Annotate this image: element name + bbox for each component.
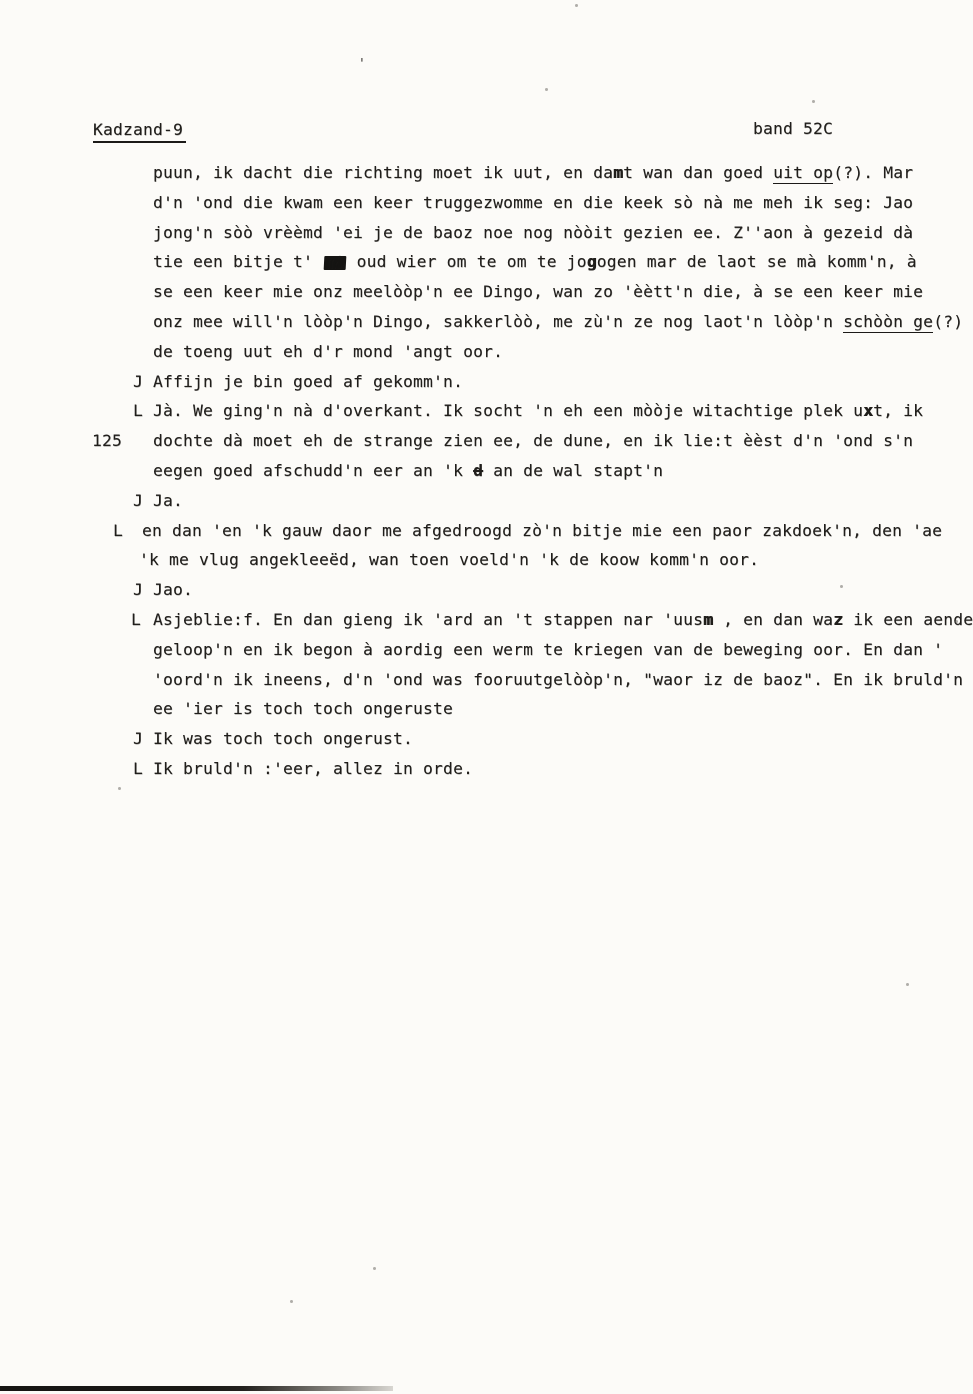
transcript-line: 125dochte dà moet eh de strange zien ee,… (0, 431, 973, 461)
stray-apostrophe-mark: ' (358, 57, 366, 72)
paper-speck (373, 1267, 376, 1270)
line-text: en dan 'en 'k gauw daor me afgedroogd zò… (142, 521, 942, 540)
obliterated-word: m& (324, 256, 346, 270)
paper-speck (118, 787, 121, 790)
paper-speck (955, 620, 958, 623)
transcript-line: JJa. (0, 491, 973, 521)
paper-speck (290, 1300, 293, 1303)
transcript-line: de toeng uut eh d'r mond 'angt oor. (0, 342, 973, 372)
line-text: d'n 'ond die kwam een keer truggezwomme … (153, 193, 913, 212)
transcript-line: Len dan 'en 'k gauw daor me afgedroogd z… (0, 521, 973, 551)
speaker-label: L (113, 521, 123, 540)
paper-speck (575, 4, 578, 7)
line-text: 'k me vlug angekleeëd, wan toen voeld'n … (139, 550, 759, 569)
transcript-line: 'oord'n ik ineens, d'n 'ond was fooruutg… (0, 670, 973, 700)
line-text: se een keer mie onz meelòòp'n ee Dingo, … (153, 282, 923, 301)
line-text: eegen goed afschudd'n eer an 'k d an de … (153, 461, 663, 480)
transcript-line: d'n 'ond die kwam een keer truggezwomme … (0, 193, 973, 223)
transcript-line: onz mee will'n lòòp'n Dingo, sakkerlòò, … (0, 312, 973, 342)
paper-speck (812, 100, 815, 103)
speaker-label: J (133, 372, 143, 391)
line-text: ee 'ier is toch toch ongeruste (153, 699, 453, 718)
transcript-line: se een keer mie onz meelòòp'n ee Dingo, … (0, 282, 973, 312)
speaker-label: L (133, 401, 143, 420)
transcript-line: ee 'ier is toch toch ongeruste (0, 699, 973, 729)
transcript-line: JJao. (0, 580, 973, 610)
line-text: Ik bruld'n :'eer, allez in orde. (153, 759, 473, 778)
transcript-line: 'k me vlug angekleeëd, wan toen voeld'n … (0, 550, 973, 580)
speaker-label: J (133, 729, 143, 748)
line-text: jong'n sòò vrèèmd 'ei je de baoz noe nog… (153, 223, 913, 242)
paper-speck (840, 585, 843, 588)
transcript-line: puun, ik dacht die richting moet ik uut,… (0, 163, 973, 193)
transcript-line: LIk bruld'n :'eer, allez in orde. (0, 759, 973, 789)
page-title: Kadzand-9 (93, 120, 186, 143)
transcript-line: jong'n sòò vrèèmd 'ei je de baoz noe nog… (0, 223, 973, 253)
paper-speck (545, 88, 548, 91)
line-text: de toeng uut eh d'r mond 'angt oor. (153, 342, 503, 361)
line-text: Asjeblie:f. En dan gieng ik 'ard an 't s… (153, 610, 973, 629)
scanned-transcript-page: Kadzand-9 band 52C puun, ik dacht die ri… (0, 0, 973, 1394)
line-text: Jao. (153, 580, 193, 599)
margin-line-number: 125 (92, 431, 122, 450)
line-text: Affijn je bin goed af gekomm'n. (153, 372, 463, 391)
line-text: tie een bitje t' m& oud wier om te om te… (153, 252, 917, 271)
transcript-line: JAffijn je bin goed af gekomm'n. (0, 372, 973, 402)
speaker-label: L (131, 610, 141, 629)
speaker-label: J (133, 580, 143, 599)
transcript-line: eegen goed afschudd'n eer an 'k d an de … (0, 461, 973, 491)
line-text: 'oord'n ik ineens, d'n 'ond was fooruutg… (153, 670, 963, 689)
line-text: geloop'n en ik begon à aordig een werm t… (153, 640, 943, 659)
paper-speck (906, 983, 909, 986)
speaker-label: L (133, 759, 143, 778)
line-text: puun, ik dacht die richting moet ik uut,… (153, 163, 913, 182)
bottom-rule (0, 1386, 393, 1391)
line-text: Ja. (153, 491, 183, 510)
line-text: dochte dà moet eh de strange zien ee, de… (153, 431, 913, 450)
line-text: onz mee will'n lòòp'n Dingo, sakkerlòò, … (153, 312, 963, 331)
speaker-label: J (133, 491, 143, 510)
transcript-line: LAsjeblie:f. En dan gieng ik 'ard an 't … (0, 610, 973, 640)
transcript-line: tie een bitje t' m& oud wier om te om te… (0, 252, 973, 282)
band-label: band 52C (753, 119, 833, 138)
transcript-line: JIk was toch toch ongerust. (0, 729, 973, 759)
line-text: Ik was toch toch ongerust. (153, 729, 413, 748)
transcript-line: LJà. We ging'n nà d'overkant. Ik socht '… (0, 401, 973, 431)
line-text: Jà. We ging'n nà d'overkant. Ik socht 'n… (153, 401, 923, 420)
transcript-line: geloop'n en ik begon à aordig een werm t… (0, 640, 973, 670)
